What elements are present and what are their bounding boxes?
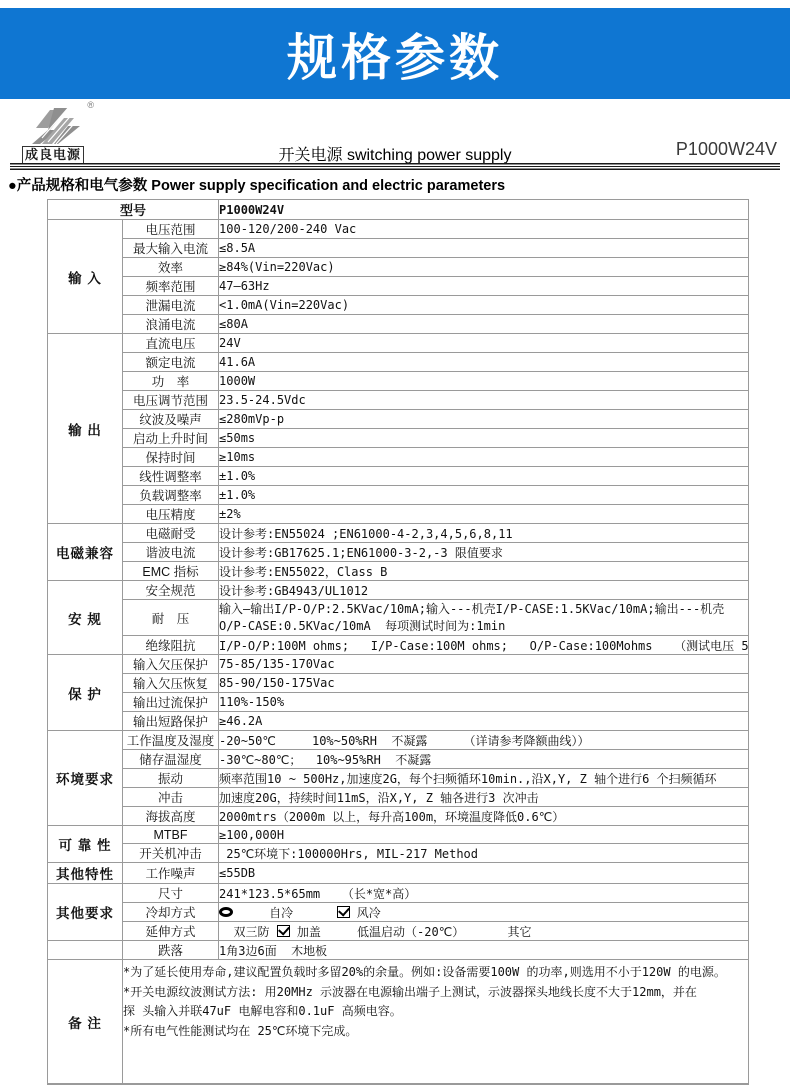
value-cell: 设计参考:GB17625.1;EN61000-3-2,-3 限值要求 bbox=[219, 543, 749, 562]
group-label-cell: 保 护 bbox=[48, 655, 123, 731]
value-cell: 输入—输出I/P-O/P:2.5KVac/10mA;输入---机壳I/P-CAS… bbox=[219, 600, 749, 636]
group-label-cell: 其他要求 bbox=[48, 884, 123, 941]
notes-row: 备 注*为了延长使用寿命,建议配置负载时多留20%的余量。例如:设备需要100W… bbox=[48, 960, 749, 1085]
spec-row: 输出短路保护≥46.2A bbox=[48, 712, 749, 731]
spec-row: 输 入电压范围100-120/200-240 Vac bbox=[48, 220, 749, 239]
spec-row: 延伸方式 双三防 加盖 低温启动（-20℃） 其它 bbox=[48, 922, 749, 941]
product-subtitle: 开关电源 switching power supply bbox=[0, 142, 790, 165]
spec-row: 输出过流保护110%-150% bbox=[48, 693, 749, 712]
spec-row: 安 规安全规范设计参考:GB4943/UL1012 bbox=[48, 581, 749, 600]
attr-cell: 输入欠压恢复 bbox=[123, 674, 219, 693]
spec-row: 线性调整率±1.0% bbox=[48, 467, 749, 486]
spec-row: 效率≥84%(Vin=220Vac) bbox=[48, 258, 749, 277]
model-number: P1000W24V bbox=[676, 139, 777, 160]
attr-cell: 泄漏电流 bbox=[123, 296, 219, 315]
notes-label-cell: 备 注 bbox=[48, 960, 123, 1085]
spec-row: 输入欠压恢复85-90/150-175Vac bbox=[48, 674, 749, 693]
attr-cell: 直流电压 bbox=[123, 334, 219, 353]
spec-row: 输 出直流电压24V bbox=[48, 334, 749, 353]
group-label-cell: 其他特性 bbox=[48, 863, 123, 884]
spec-row: 开关机冲击 25℃环境下:100000Hrs, MIL-217 Method bbox=[48, 844, 749, 863]
value-text: 双三防 bbox=[219, 925, 277, 939]
attr-cell: 最大输入电流 bbox=[123, 239, 219, 258]
attr-cell: 负载调整率 bbox=[123, 486, 219, 505]
attr-cell: 启动上升时间 bbox=[123, 429, 219, 448]
value-cell: 设计参考:EN55022，Class B bbox=[219, 562, 749, 581]
value-cell: 频率范围10 ~ 500Hz,加速度2G，每个扫频循环10min.,沿X,Y, … bbox=[219, 769, 749, 788]
registered-mark-icon: ® bbox=[87, 100, 94, 110]
value-cell: -30℃~80℃； 10%~95%RH 不凝露 bbox=[219, 750, 749, 769]
checkbox-checked-icon bbox=[337, 906, 350, 918]
spec-row: 耐 压输入—输出I/P-O/P:2.5KVac/10mA;输入---机壳I/P-… bbox=[48, 600, 749, 636]
attr-cell: 绝缘阻抗 bbox=[123, 636, 219, 655]
spec-row: 保 护输入欠压保护75-85/135-170Vac bbox=[48, 655, 749, 674]
spec-row: 储存温湿度-30℃~80℃； 10%~95%RH 不凝露 bbox=[48, 750, 749, 769]
attr-cell: 电压调节范围 bbox=[123, 391, 219, 410]
page-title: 规格参数 bbox=[287, 18, 503, 90]
value-cell: 1000W bbox=[219, 372, 749, 391]
value-cell: ≤80A bbox=[219, 315, 749, 334]
spec-row: EMC 指标设计参考:EN55022，Class B bbox=[48, 562, 749, 581]
spec-row: 纹波及噪声≤280mVp-p bbox=[48, 410, 749, 429]
value-cell: 2000mtrs（2000m 以上，每升高100m，环境温度降低0.6℃） bbox=[219, 807, 749, 826]
attr-cell: 浪涌电流 bbox=[123, 315, 219, 334]
spec-row: 海拔高度2000mtrs（2000m 以上，每升高100m，环境温度降低0.6℃… bbox=[48, 807, 749, 826]
value-cell: 85-90/150-175Vac bbox=[219, 674, 749, 693]
attr-cell: 跌落 bbox=[123, 941, 219, 960]
spec-row: 负载调整率±1.0% bbox=[48, 486, 749, 505]
value-cell: ±1.0% bbox=[219, 486, 749, 505]
attr-cell: 安全规范 bbox=[123, 581, 219, 600]
value-cell: ±1.0% bbox=[219, 467, 749, 486]
attr-cell: 输出短路保护 bbox=[123, 712, 219, 731]
spec-row: 最大输入电流≤8.5A bbox=[48, 239, 749, 258]
value-cell: <1.0mA(Vin=220Vac) bbox=[219, 296, 749, 315]
attr-cell: 振动 bbox=[123, 769, 219, 788]
attr-cell: 海拔高度 bbox=[123, 807, 219, 826]
attr-cell: EMC 指标 bbox=[123, 562, 219, 581]
spec-row: 启动上升时间≤50ms bbox=[48, 429, 749, 448]
spec-row: 电压调节范围23.5-24.5Vdc bbox=[48, 391, 749, 410]
attr-cell: 纹波及噪声 bbox=[123, 410, 219, 429]
spec-row: 谐波电流设计参考:GB17625.1;EN61000-3-2,-3 限值要求 bbox=[48, 543, 749, 562]
group-label-cell: 输 出 bbox=[48, 334, 123, 524]
attr-cell: 额定电流 bbox=[123, 353, 219, 372]
spec-row: 冷却方式 自冷 风冷 bbox=[48, 903, 749, 922]
attr-cell: 开关机冲击 bbox=[123, 844, 219, 863]
spec-row: 绝缘阻抗I/P-O/P:100M ohms; I/P-Case:100M ohm… bbox=[48, 636, 749, 655]
spec-row: 冲击加速度20G，持续时间11mS，沿X,Y, Z 轴各进行3 次冲击 bbox=[48, 788, 749, 807]
value-cell: 加速度20G，持续时间11mS，沿X,Y, Z 轴各进行3 次冲击 bbox=[219, 788, 749, 807]
value-text: 风冷 bbox=[350, 906, 381, 920]
attr-cell: 储存温湿度 bbox=[123, 750, 219, 769]
attr-cell: MTBF bbox=[123, 826, 219, 844]
attr-cell: 耐 压 bbox=[123, 600, 219, 636]
value-cell: 241*123.5*65mm （长*宽*高） bbox=[219, 884, 749, 903]
value-cell: ≥10ms bbox=[219, 448, 749, 467]
attr-cell: 电压精度 bbox=[123, 505, 219, 524]
attr-cell: 功 率 bbox=[123, 372, 219, 391]
value-cell: ≤280mVp-p bbox=[219, 410, 749, 429]
attr-cell: 冷却方式 bbox=[123, 903, 219, 922]
value-cell: 24V bbox=[219, 334, 749, 353]
spec-row: 泄漏电流<1.0mA(Vin=220Vac) bbox=[48, 296, 749, 315]
spec-row: 电磁兼容电磁耐受设计参考:EN55024 ;EN61000-4-2,3,4,5,… bbox=[48, 524, 749, 543]
spec-row: 其他要求尺寸241*123.5*65mm （长*宽*高） bbox=[48, 884, 749, 903]
value-cell: 自冷 风冷 bbox=[219, 903, 749, 922]
value-cell: ≥46.2A bbox=[219, 712, 749, 731]
value-cell: 100-120/200-240 Vac bbox=[219, 220, 749, 239]
attr-cell: 保持时间 bbox=[123, 448, 219, 467]
model-value-cell: P1000W24V bbox=[219, 200, 749, 220]
spec-row: 功 率1000W bbox=[48, 372, 749, 391]
value-cell: 23.5-24.5Vdc bbox=[219, 391, 749, 410]
value-cell: 设计参考:EN55024 ;EN61000-4-2,3,4,5,6,8,11 bbox=[219, 524, 749, 543]
spec-table: 型号P1000W24V输 入电压范围100-120/200-240 Vac最大输… bbox=[47, 199, 749, 1085]
spec-row: 振动频率范围10 ~ 500Hz,加速度2G，每个扫频循环10min.,沿X,Y… bbox=[48, 769, 749, 788]
value-cell: ≥100,000H bbox=[219, 826, 749, 844]
attr-cell: 输入欠压保护 bbox=[123, 655, 219, 674]
attr-cell: 电磁耐受 bbox=[123, 524, 219, 543]
group-label-cell: 可 靠 性 bbox=[48, 826, 123, 863]
value-cell: 47—63Hz bbox=[219, 277, 749, 296]
section-title: ●产品规格和电气参数 Power supply specification an… bbox=[8, 174, 505, 195]
spec-row: 其他特性工作噪声≤55DB bbox=[48, 863, 749, 884]
value-cell: ≤8.5A bbox=[219, 239, 749, 258]
value-cell: 1角3边6面 木地板 bbox=[219, 941, 749, 960]
spec-row: 额定电流41.6A bbox=[48, 353, 749, 372]
radio-filled-icon bbox=[219, 907, 233, 917]
spec-table-body: 型号P1000W24V输 入电压范围100-120/200-240 Vac最大输… bbox=[48, 200, 749, 1085]
value-cell: ≥84%(Vin=220Vac) bbox=[219, 258, 749, 277]
attr-cell: 输出过流保护 bbox=[123, 693, 219, 712]
value-cell: 110%-150% bbox=[219, 693, 749, 712]
value-cell: ≤55DB bbox=[219, 863, 749, 884]
spec-row: 保持时间≥10ms bbox=[48, 448, 749, 467]
spec-row: 可 靠 性MTBF≥100,000H bbox=[48, 826, 749, 844]
checkbox-checked-icon bbox=[277, 925, 290, 937]
model-label-cell: 型号 bbox=[48, 200, 219, 220]
header-banner: 规格参数 bbox=[0, 8, 790, 99]
value-cell: 75-85/135-170Vac bbox=[219, 655, 749, 674]
spec-table-container: 型号P1000W24V输 入电压范围100-120/200-240 Vac最大输… bbox=[47, 199, 749, 1085]
value-cell: -20~50℃ 10%~50%RH 不凝露 （详请参考降额曲线）） bbox=[219, 731, 749, 750]
group-label-cell: 电磁兼容 bbox=[48, 524, 123, 581]
attr-cell: 频率范围 bbox=[123, 277, 219, 296]
model-row: 型号P1000W24V bbox=[48, 200, 749, 220]
attr-cell: 谐波电流 bbox=[123, 543, 219, 562]
attr-cell: 尺寸 bbox=[123, 884, 219, 903]
value-cell: ≤50ms bbox=[219, 429, 749, 448]
spec-row: 频率范围47—63Hz bbox=[48, 277, 749, 296]
group-label-cell: 输 入 bbox=[48, 220, 123, 334]
value-text: 自冷 bbox=[233, 906, 336, 920]
group-label-cell: 安 规 bbox=[48, 581, 123, 655]
value-cell: I/P-O/P:100M ohms; I/P-Case:100M ohms; O… bbox=[219, 636, 749, 655]
attr-cell: 效率 bbox=[123, 258, 219, 277]
group-label-cell: 环境要求 bbox=[48, 731, 123, 826]
notes-value-cell: *为了延长使用寿命,建议配置负载时多留20%的余量。例如:设备需要100W 的功… bbox=[123, 960, 749, 1085]
attr-cell: 延伸方式 bbox=[123, 922, 219, 941]
attr-cell: 电压范围 bbox=[123, 220, 219, 239]
attr-cell: 工作温度及湿度 bbox=[123, 731, 219, 750]
spec-row: 环境要求工作温度及湿度-20~50℃ 10%~50%RH 不凝露 （详请参考降额… bbox=[48, 731, 749, 750]
logo-glyph bbox=[28, 104, 90, 146]
value-cell: 25℃环境下:100000Hrs, MIL-217 Method bbox=[219, 844, 749, 863]
value-cell: 41.6A bbox=[219, 353, 749, 372]
value-text: 加盖 低温启动（-20℃） 其它 bbox=[290, 925, 532, 939]
attr-cell: 线性调整率 bbox=[123, 467, 219, 486]
header-divider bbox=[10, 163, 780, 171]
value-cell: 双三防 加盖 低温启动（-20℃） 其它 bbox=[219, 922, 749, 941]
value-cell: 设计参考:GB4943/UL1012 bbox=[219, 581, 749, 600]
spec-row: 电压精度±2% bbox=[48, 505, 749, 524]
attr-cell: 工作噪声 bbox=[123, 863, 219, 884]
group-label-cell bbox=[48, 941, 123, 960]
spec-row: 跌落1角3边6面 木地板 bbox=[48, 941, 749, 960]
spec-row: 浪涌电流≤80A bbox=[48, 315, 749, 334]
attr-cell: 冲击 bbox=[123, 788, 219, 807]
value-cell: ±2% bbox=[219, 505, 749, 524]
